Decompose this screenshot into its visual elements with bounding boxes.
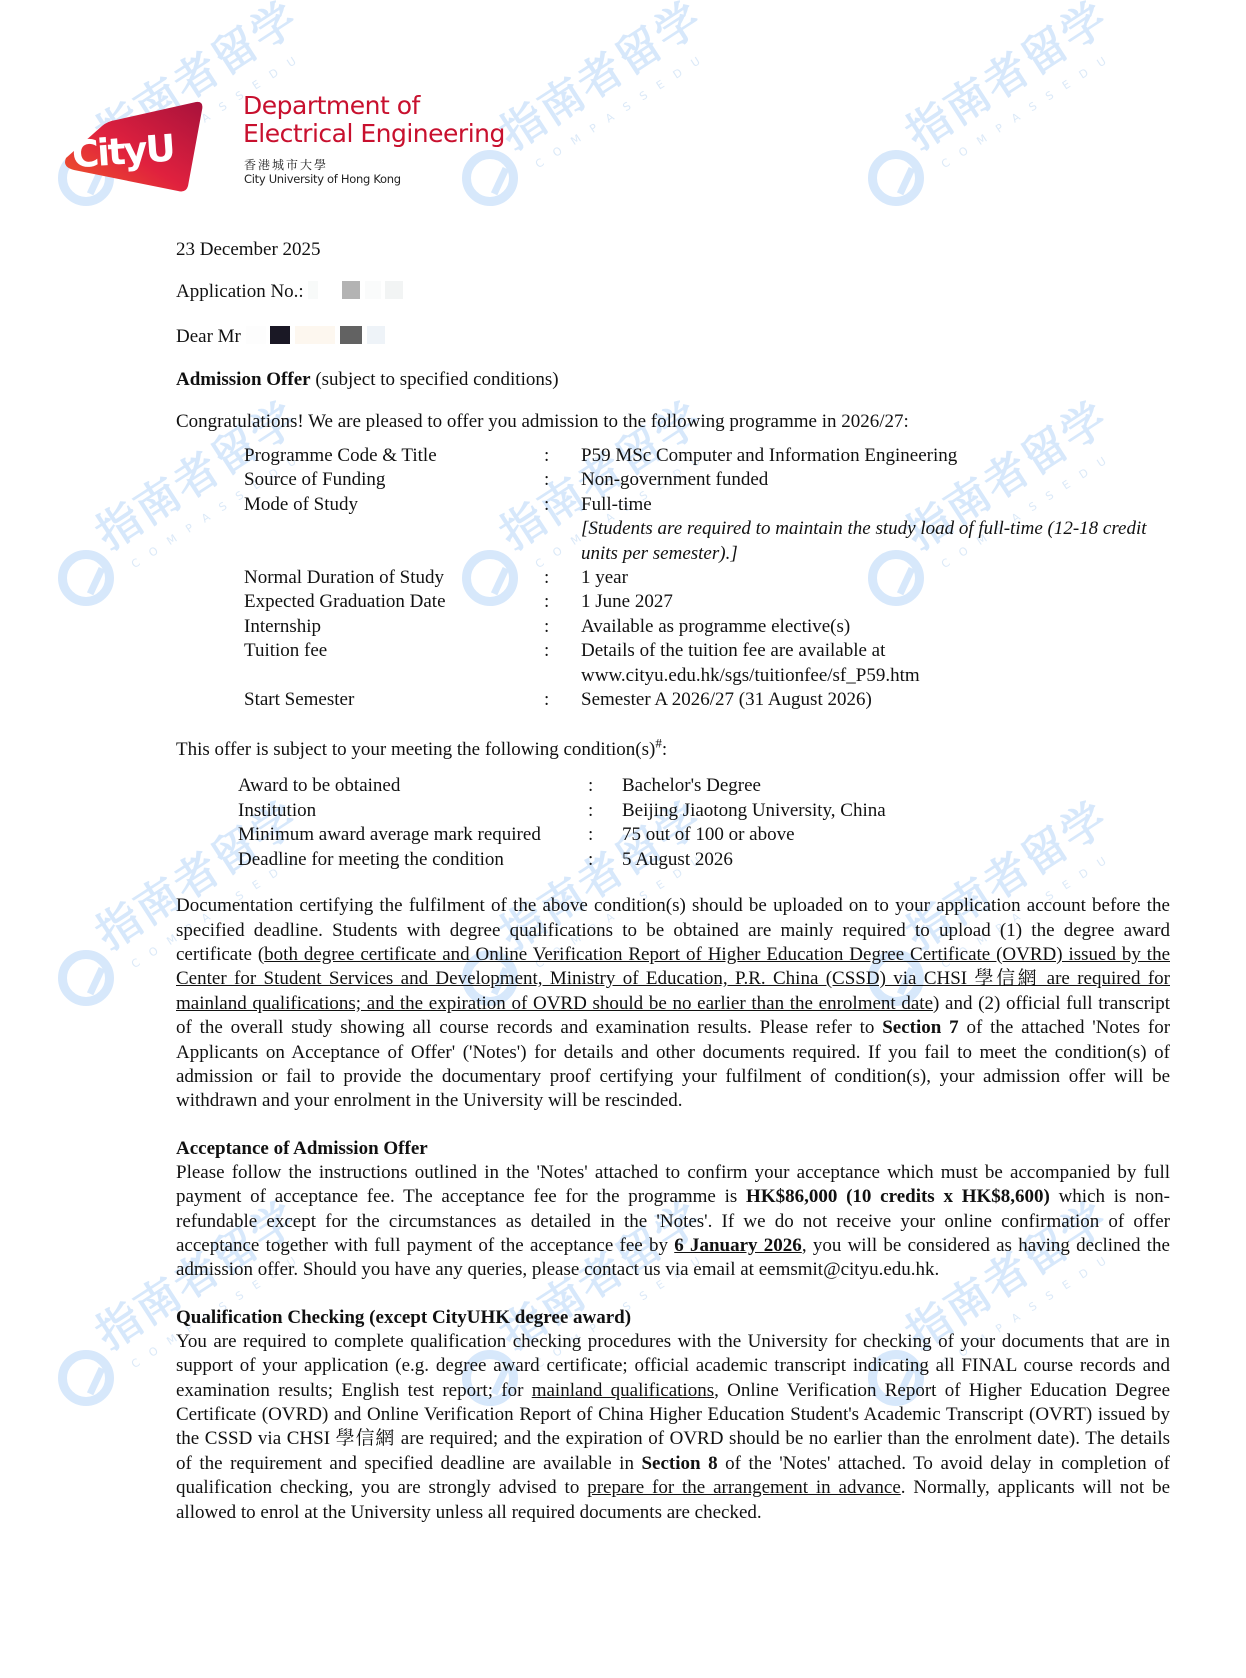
redacted-block <box>323 281 337 299</box>
tuition-label: Tuition fee <box>244 639 544 688</box>
programme-details: Programme Code & Title : P59 MSc Compute… <box>244 444 1170 712</box>
offer-title-bold: Admission Offer <box>176 369 311 390</box>
min-mark-label: Minimum award average mark required <box>238 823 588 847</box>
mode-value: Full-time <box>581 493 1170 517</box>
study-load-note: [Students are required to maintain the s… <box>581 517 1170 566</box>
prepare-in-advance-text: prepare for the arrangement in advance <box>587 1477 901 1498</box>
redacted-block <box>246 326 266 344</box>
watermark-en-text: COMPASSEDU <box>939 48 1119 171</box>
acceptance-paragraph: Please follow the instructions outlined … <box>176 1161 1170 1283</box>
department-name: Department of Electrical Engineering <box>243 92 505 148</box>
acceptance-text: . <box>935 1259 940 1280</box>
deadline-label: Deadline for meeting the condition <box>238 848 588 872</box>
funding-label: Source of Funding <box>244 468 544 492</box>
redacted-block <box>340 326 362 344</box>
funding-value: Non-government funded <box>581 468 1170 492</box>
contact-email-link[interactable]: eemsmit@cityu.edu.hk <box>759 1259 935 1280</box>
university-name-en: City University of Hong Kong <box>244 172 401 186</box>
redacted-block <box>270 326 290 344</box>
separator: : <box>544 688 581 712</box>
mode-value-block: Full-time [Students are required to main… <box>581 493 1170 566</box>
separator: : <box>544 468 581 492</box>
separator: : <box>588 848 622 872</box>
separator: : <box>544 444 581 468</box>
acceptance-fee: HK$86,000 (10 credits x HK$8,600) <box>746 1186 1050 1207</box>
conditions-intro: This offer is subject to your meeting th… <box>176 738 1170 762</box>
separator: : <box>588 823 622 847</box>
start-semester-value: Semester A 2026/27 (31 August 2026) <box>581 688 1170 712</box>
mainland-qualifications-text: mainland qualifications <box>532 1380 714 1401</box>
redacted-block <box>308 281 318 299</box>
letter-date: 23 December 2025 <box>176 238 1170 262</box>
conditions-table: Award to be obtained : Bachelor's Degree… <box>238 774 1170 872</box>
deadline-value: 5 August 2026 <box>622 848 1170 872</box>
offer-title: Admission Offer (subject to specified co… <box>176 368 1170 392</box>
university-name-cn: 香港城市大學 <box>244 156 328 173</box>
redacted-block <box>385 281 403 299</box>
department-line-2: Electrical Engineering <box>243 120 505 148</box>
letterhead: CityU Department of Electrical Engineeri… <box>62 92 542 202</box>
redacted-block <box>295 326 335 344</box>
duration-label: Normal Duration of Study <box>244 566 544 590</box>
watermark-en-text: COMPASSEDU <box>533 48 713 171</box>
section-8-ref: Section 8 <box>641 1453 717 1474</box>
redacted-block <box>342 281 360 299</box>
salutation-text: Dear Mr <box>176 326 241 347</box>
graduation-value: 1 June 2027 <box>581 590 1170 614</box>
internship-value: Available as programme elective(s) <box>581 615 1170 639</box>
graduation-label: Expected Graduation Date <box>244 590 544 614</box>
redacted-block <box>367 326 385 344</box>
qualification-paragraph: You are required to complete qualificati… <box>176 1330 1170 1525</box>
separator: : <box>544 590 581 614</box>
salutation: Dear Mr <box>176 325 1170 349</box>
watermark-logo-icon <box>868 150 924 206</box>
programme-code-label: Programme Code & Title <box>244 444 544 468</box>
min-mark-value: 75 out of 100 or above <box>622 823 1170 847</box>
institution-value: Beijing Jiaotong University, China <box>622 799 1170 823</box>
documentation-paragraph: Documentation certifying the fulfilment … <box>176 894 1170 1114</box>
section-7-ref: Section 7 <box>882 1017 958 1038</box>
application-number: Application No.: <box>176 280 1170 304</box>
separator: : <box>588 774 622 798</box>
separator: : <box>588 799 622 823</box>
offer-title-rest: (subject to specified conditions) <box>311 369 559 390</box>
qualification-heading: Qualification Checking (except CityUHK d… <box>176 1306 1170 1330</box>
separator: : <box>544 639 581 688</box>
acceptance-heading: Acceptance of Admission Offer <box>176 1137 1170 1161</box>
internship-label: Internship <box>244 615 544 639</box>
separator: : <box>544 493 581 566</box>
award-value: Bachelor's Degree <box>622 774 1170 798</box>
department-line-1: Department of <box>243 92 505 120</box>
institution-label: Institution <box>238 799 588 823</box>
duration-value: 1 year <box>581 566 1170 590</box>
separator: : <box>544 615 581 639</box>
watermark-logo-icon <box>58 1350 114 1406</box>
conditions-intro-text: This offer is subject to your meeting th… <box>176 739 655 760</box>
offer-intro: Congratulations! We are pleased to offer… <box>176 410 1170 434</box>
watermark-logo-icon <box>58 950 114 1006</box>
start-semester-label: Start Semester <box>244 688 544 712</box>
acceptance-deadline: 6 January 2026 <box>674 1235 802 1256</box>
application-number-label: Application No.: <box>176 281 304 302</box>
logo-text: CityU <box>71 127 175 177</box>
conditions-intro-end: : <box>662 739 667 760</box>
separator: : <box>544 566 581 590</box>
tuition-fee-link[interactable]: www.cityu.edu.hk/sgs/tuitionfee/sf_P59.h… <box>581 664 1170 688</box>
programme-code-value: P59 MSc Computer and Information Enginee… <box>581 444 1170 468</box>
mode-label: Mode of Study <box>244 493 544 566</box>
award-label: Award to be obtained <box>238 774 588 798</box>
letter-body: 23 December 2025 Application No.: Dear M… <box>176 238 1170 1525</box>
redacted-block <box>365 281 381 299</box>
watermark-cn-text: 指南者留学 <box>891 0 1119 162</box>
tuition-value: Details of the tuition fee are available… <box>581 639 1170 663</box>
watermark-logo-icon <box>58 550 114 606</box>
tuition-value-block: Details of the tuition fee are available… <box>581 639 1170 688</box>
